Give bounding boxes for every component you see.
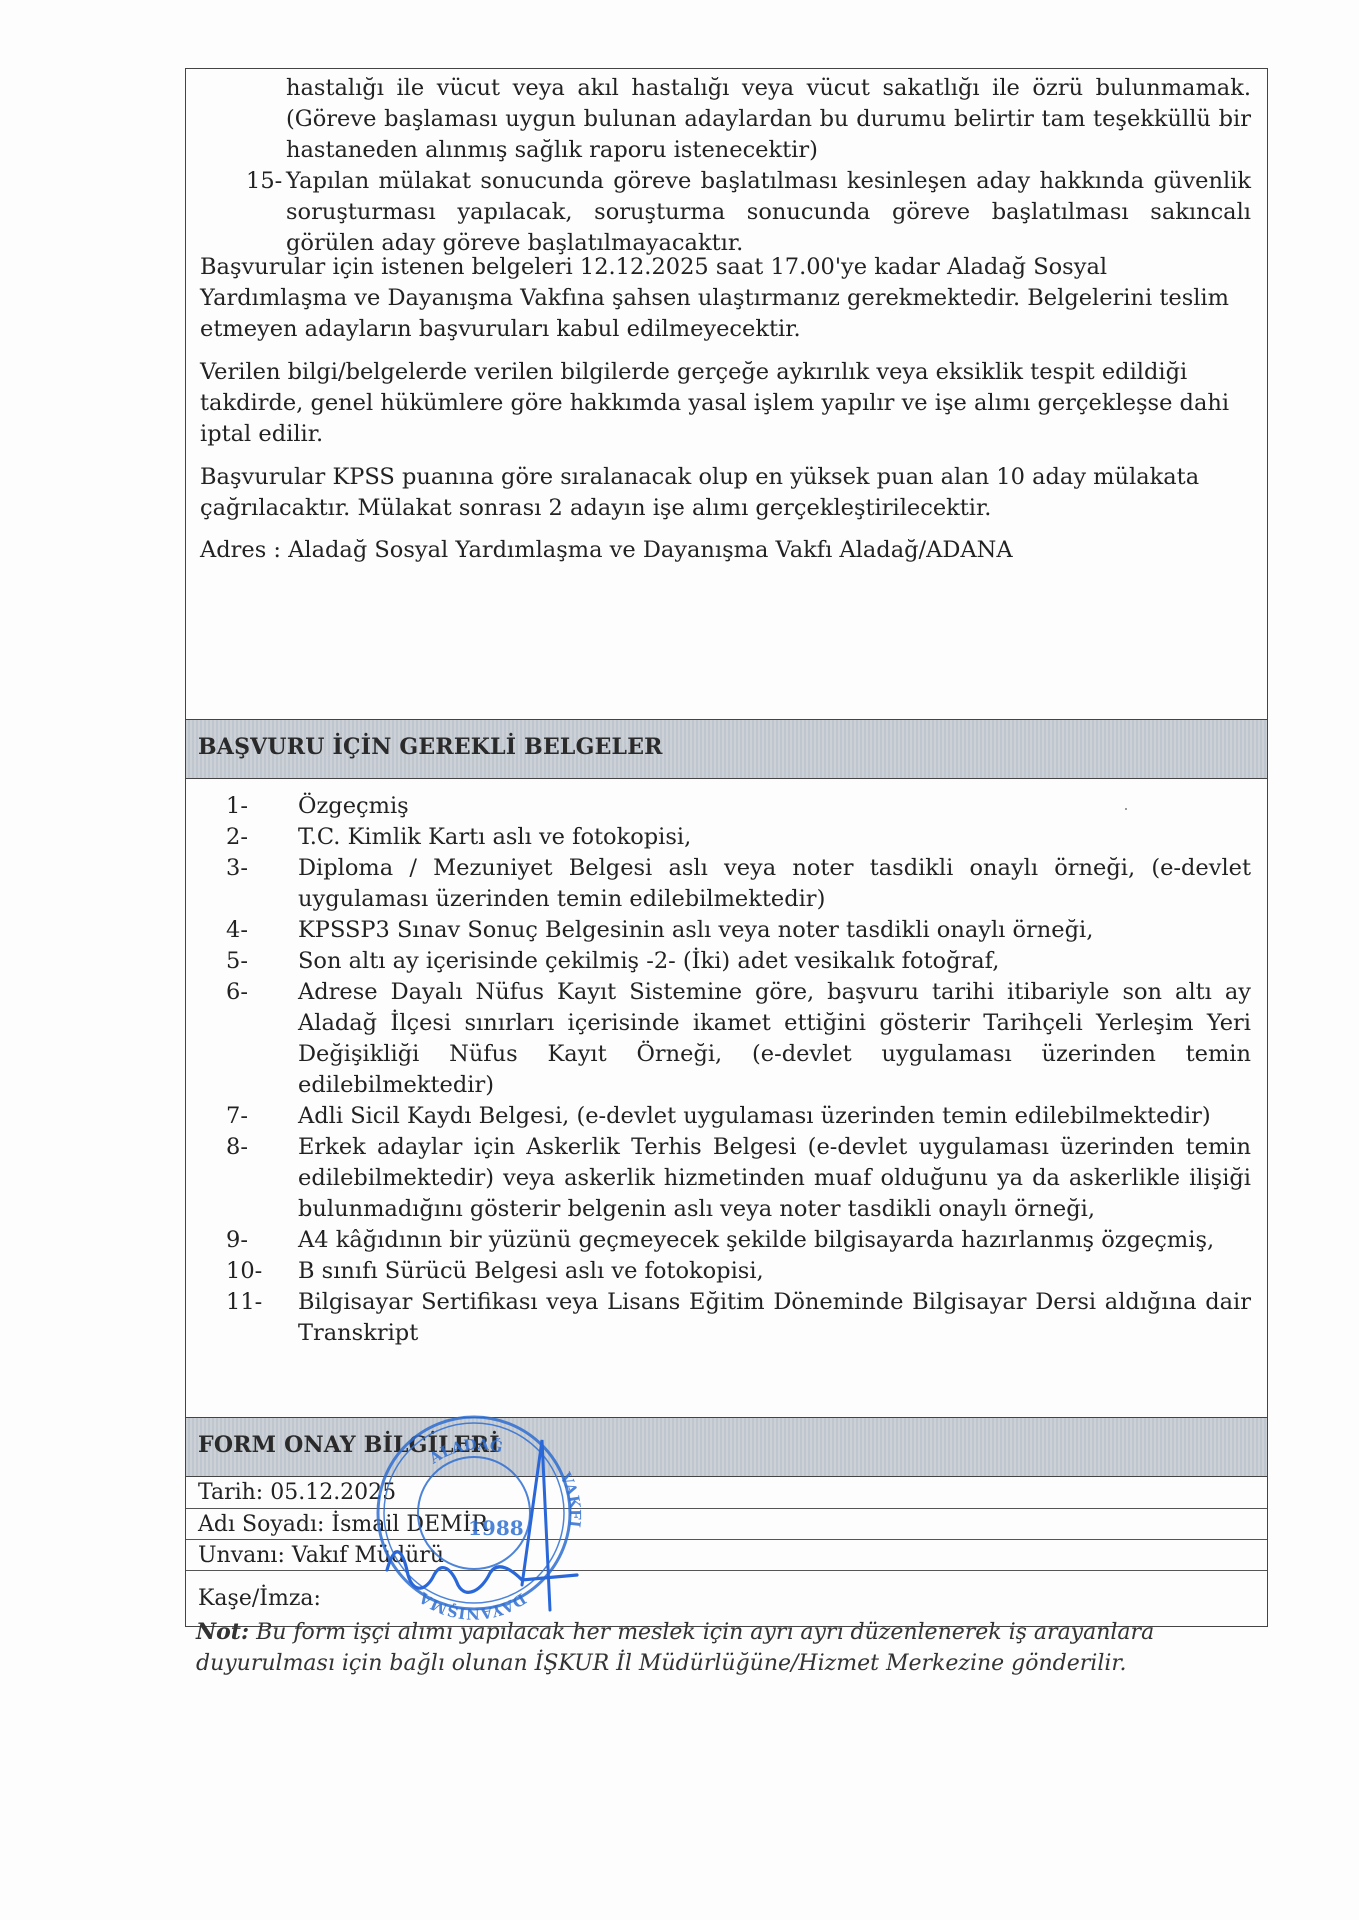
ranking-paragraph: Başvurular KPSS puanına göre sıralanacak…: [200, 462, 1249, 524]
footer-note: Not: Bu form işçi alımı yapılacak her me…: [196, 1617, 1256, 1679]
section-title: BAŞVURU İÇİN GEREKLİ BELGELER: [198, 734, 663, 760]
required-doc-item: 9-A4 kâğıdının bir yüzünü geçmeyecek şek…: [226, 1225, 1251, 1256]
required-doc-item: 3-Diploma / Mezuniyet Belgesi aslı veya …: [226, 853, 1251, 915]
required-doc-item: 10-B sınıfı Sürücü Belgesi aslı ve fotok…: [226, 1256, 1251, 1287]
required-doc-item: 5-Son altı ay içerisinde çekilmiş -2- (İ…: [226, 946, 1251, 977]
item-number: 7-: [226, 1101, 248, 1132]
item-number: 8-: [226, 1132, 248, 1163]
required-doc-item: 8-Erkek adaylar için Askerlik Terhis Bel…: [226, 1132, 1251, 1225]
required-doc-item: 6-Adrese Dayalı Nüfus Kayıt Sistemine gö…: [226, 977, 1251, 1101]
required-doc-item: 11-Bilgisayar Sertifikası veya Lisans Eğ…: [226, 1287, 1251, 1349]
item-text: Yapılan mülakat sonucunda göreve başlatı…: [286, 166, 1251, 259]
item-text: KPSSP3 Sınav Sonuç Belgesinin aslı veya …: [298, 915, 1251, 946]
required-doc-item: 1-Özgeçmiş: [226, 791, 1251, 822]
required-docs-list: 1-Özgeçmiş2-T.C. Kimlik Kartı aslı ve fo…: [186, 779, 1267, 1417]
item-14-continuation: hastalığı ile vücut veya akıl hastalığı …: [286, 73, 1251, 166]
item-text: Diploma / Mezuniyet Belgesi aslı veya no…: [298, 853, 1251, 915]
name-row: Adı Soyadı: İsmail DEMİR: [186, 1508, 1267, 1539]
required-doc-item: 2-T.C. Kimlik Kartı aslı ve fotokopisi,: [226, 822, 1251, 853]
item-text: Son altı ay içerisinde çekilmiş -2- (İki…: [298, 946, 1251, 977]
item-number: 5-: [226, 946, 248, 977]
item-number: 2-: [226, 822, 248, 853]
required-docs-header: BAŞVURU İÇİN GEREKLİ BELGELER: [186, 719, 1267, 779]
item-number: 9-: [226, 1225, 248, 1256]
item-number: 4-: [226, 915, 248, 946]
item-number: 6-: [226, 977, 248, 1008]
scan-speck: [1125, 808, 1127, 810]
item-text: Adrese Dayalı Nüfus Kayıt Sistemine göre…: [298, 977, 1251, 1101]
item-number: 3-: [226, 853, 248, 884]
condition-item-15: 15- Yapılan mülakat sonucunda göreve baş…: [246, 166, 1251, 259]
date-row: Tarih: 05.12.2025: [186, 1477, 1267, 1508]
note-text: Bu form işçi alımı yapılacak her meslek …: [196, 1620, 1154, 1676]
title-row: Unvanı: Vakıf Müdürü: [186, 1539, 1267, 1570]
item-text: Erkek adaylar için Askerlik Terhis Belge…: [298, 1132, 1251, 1225]
item-number: 15-: [246, 166, 282, 197]
item-text: A4 kâğıdının bir yüzünü geçmeyecek şekil…: [298, 1225, 1251, 1256]
section-title: FORM ONAY BİLGİLERİ: [198, 1432, 500, 1458]
required-doc-item: 4-KPSSP3 Sınav Sonuç Belgesinin aslı vey…: [226, 915, 1251, 946]
deadline-paragraph: Başvurular için istenen belgeleri 12.12.…: [200, 252, 1249, 345]
form-approval-header: FORM ONAY BİLGİLERİ: [186, 1417, 1267, 1477]
address-paragraph: Adres : Aladağ Sosyal Yardımlaşma ve Day…: [200, 535, 1249, 566]
item-text: Özgeçmiş: [298, 791, 1251, 822]
item-number: 11-: [226, 1287, 262, 1318]
item-number: 1-: [226, 791, 248, 822]
announcement-table: hastalığı ile vücut veya akıl hastalığı …: [185, 68, 1268, 1627]
item-text: Adli Sicil Kaydı Belgesi, (e-devlet uygu…: [298, 1101, 1251, 1132]
document-page: hastalığı ile vücut veya akıl hastalığı …: [0, 0, 1359, 1920]
item-text: T.C. Kimlik Kartı aslı ve fotokopisi,: [298, 822, 1251, 853]
note-label: Not:: [196, 1619, 249, 1645]
false-info-paragraph: Verilen bilgi/belgelerde verilen bilgile…: [200, 357, 1249, 450]
conditions-section: hastalığı ile vücut veya akıl hastalığı …: [186, 69, 1267, 719]
item-text: B sınıfı Sürücü Belgesi aslı ve fotokopi…: [298, 1256, 1251, 1287]
item-number: 10-: [226, 1256, 262, 1287]
item-text: Bilgisayar Sertifikası veya Lisans Eğiti…: [298, 1287, 1251, 1349]
required-doc-item: 7-Adli Sicil Kaydı Belgesi, (e-devlet uy…: [226, 1101, 1251, 1132]
